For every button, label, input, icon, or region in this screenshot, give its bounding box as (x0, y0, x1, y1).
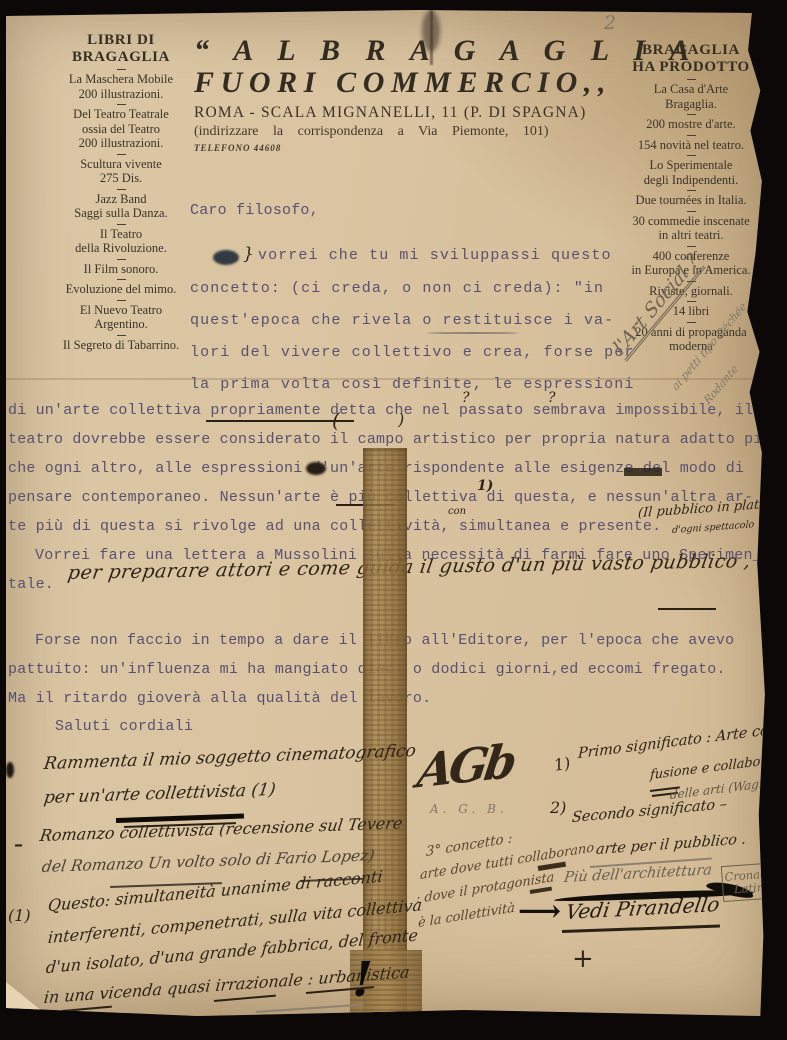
right-column-item: 154 novità nel teatro. (606, 138, 771, 153)
right-column-item: La Casa d'Arte Bragaglia. (606, 82, 771, 111)
masthead: “ A L B R A G A G L I A FUORI COMMERCIO,… (194, 34, 624, 153)
letterhead-left-column: LIBRI DI BRAGAGLIA La Maschera Mobile 20… (36, 32, 206, 352)
divider (117, 259, 126, 260)
underline-pirandello (562, 924, 720, 933)
question-mark: ? (462, 390, 470, 406)
exclamation-mark: ! (352, 952, 373, 1008)
masthead-phone: TELEFONO 44608 (194, 143, 624, 153)
divider (687, 246, 696, 247)
question-mark: ? (548, 390, 556, 406)
right-column-item: Lo Sperimentale degli Indipendenti. (606, 158, 771, 187)
platea-note-sub: d'ogni spettacolo (672, 519, 755, 536)
strike-del (624, 468, 662, 476)
ink-tick (6, 762, 14, 778)
torn-corner (6, 982, 48, 1016)
masthead-title-line2: FUORI COMMERCIO,, (194, 66, 624, 100)
signature-initials-pencil: A. G. B. (430, 802, 508, 816)
divider (687, 190, 696, 191)
right-note: Primo significato : Arte collegiale (578, 716, 771, 762)
footnote-marker: (1) (8, 906, 31, 925)
right-note-marker: 2) (550, 798, 566, 817)
divider (117, 335, 126, 336)
underline-fabbrica (214, 995, 276, 1002)
masthead-address: ROMA - SCALA MIGNANELLI, 11 (P. DI SPAGN… (194, 104, 624, 122)
letter-paper: 2 LIBRI DI BRAGAGLIA La Maschera Mobile … (6, 10, 771, 1016)
divider (687, 135, 696, 136)
divider (117, 224, 126, 225)
letter-line: la prima volta così definite, le espress… (190, 376, 634, 393)
divider (687, 79, 696, 80)
divider (687, 114, 696, 115)
left-column-item: Scultura vivente 275 Dis. (36, 157, 206, 186)
right-note: arte per il pubblico . (595, 831, 747, 858)
art-social-sub: Rodante (702, 362, 741, 407)
page-number: 2 (604, 12, 616, 34)
letter-line: concetto: (ci creda, o non ci creda): "i… (190, 280, 604, 297)
left-column-item: Jazz Band Saggi sulla Danza. (36, 192, 206, 221)
divider (117, 189, 126, 190)
note-rammenta: Rammenta il mio soggetto cinematografico (43, 741, 418, 774)
left-column-item: El Nuevo Teatro Argentino. (36, 303, 206, 332)
right-column-title: BRAGAGLIA HA PRODOTTO (606, 42, 771, 76)
divider (117, 69, 126, 70)
divider (687, 211, 696, 212)
letter-line: lori del vivere collettivo e crea, forse… (190, 344, 634, 361)
correction-blob (306, 462, 326, 475)
letter-line: Caro filosofo, (190, 202, 319, 219)
concept-note: è la collettività (418, 901, 515, 932)
signature: AGb (414, 733, 516, 798)
divider (117, 279, 126, 280)
paren-mark: ) (398, 410, 404, 429)
note-rammenta-2: per un'arte collettivista (1) (43, 780, 277, 808)
dash-mark: – (14, 834, 23, 855)
right-note: Secondo significato – (571, 796, 727, 826)
boxed-note: Cronache Latine (721, 862, 771, 902)
letter-line: Saluti cordiali (55, 718, 193, 735)
divider (117, 300, 126, 301)
divider (687, 322, 696, 323)
masthead-title-line1: “ A L B R A G A G L I A (194, 34, 624, 68)
right-note-marker: 1) (552, 753, 571, 775)
ink-blot (213, 250, 239, 265)
right-column-item: Due tournées in Italia. (606, 193, 771, 208)
left-column-item: Il Teatro della Rivoluzione. (36, 227, 206, 256)
letter-line: teatro dovrebbe essere considerato il ca… (8, 431, 771, 448)
divider (117, 104, 126, 105)
masthead-forward-note: (indirizzare la corrispondenza a Via Pie… (194, 124, 624, 140)
letter-line: di un'arte collettiva propriamente detta… (8, 402, 753, 419)
brace-mark: } (243, 244, 254, 264)
divider (687, 155, 696, 156)
left-column-title: LIBRI DI BRAGAGLIA (36, 32, 206, 66)
right-note-architettura: Più dell'architettura (563, 862, 713, 886)
letter-line: tale. (8, 576, 54, 593)
divider (687, 301, 696, 302)
left-column-item: Il Film sonoro. (36, 262, 206, 277)
wavy-underline-restituisce (427, 332, 519, 334)
scanned-letter: 2 LIBRI DI BRAGAGLIA La Maschera Mobile … (0, 0, 787, 1040)
right-column-item: 30 commedie inscenate in altri teatri. (606, 214, 771, 243)
underline-propriamente-detta (206, 420, 354, 422)
divider (117, 154, 126, 155)
left-column-item: Il Segreto di Tabarrino. (36, 338, 206, 353)
underline-isolato (62, 1006, 112, 1012)
left-column-item: Evoluzione del mimo. (36, 282, 206, 297)
plus-mark: + (572, 944, 594, 974)
letter-line: vorrei che tu mi sviluppassi questo (258, 247, 612, 264)
letter-line: te più di questa si rivolge ad una colle… (8, 518, 661, 535)
underline-ormai (658, 608, 716, 610)
con-insert: con (448, 506, 466, 517)
letter-line: quest'epoca che rivela o restituisce i v… (190, 312, 614, 329)
right-column-item: 200 mostre d'arte. (606, 117, 771, 132)
left-column-item: La Maschera Mobile 200 illustrazioni. (36, 72, 206, 101)
superscript-note: 1) (477, 478, 493, 494)
left-column-item: Del Teatro Teatrale ossia del Teatro 200… (36, 107, 206, 151)
underline-urbanistica (256, 1003, 364, 1013)
